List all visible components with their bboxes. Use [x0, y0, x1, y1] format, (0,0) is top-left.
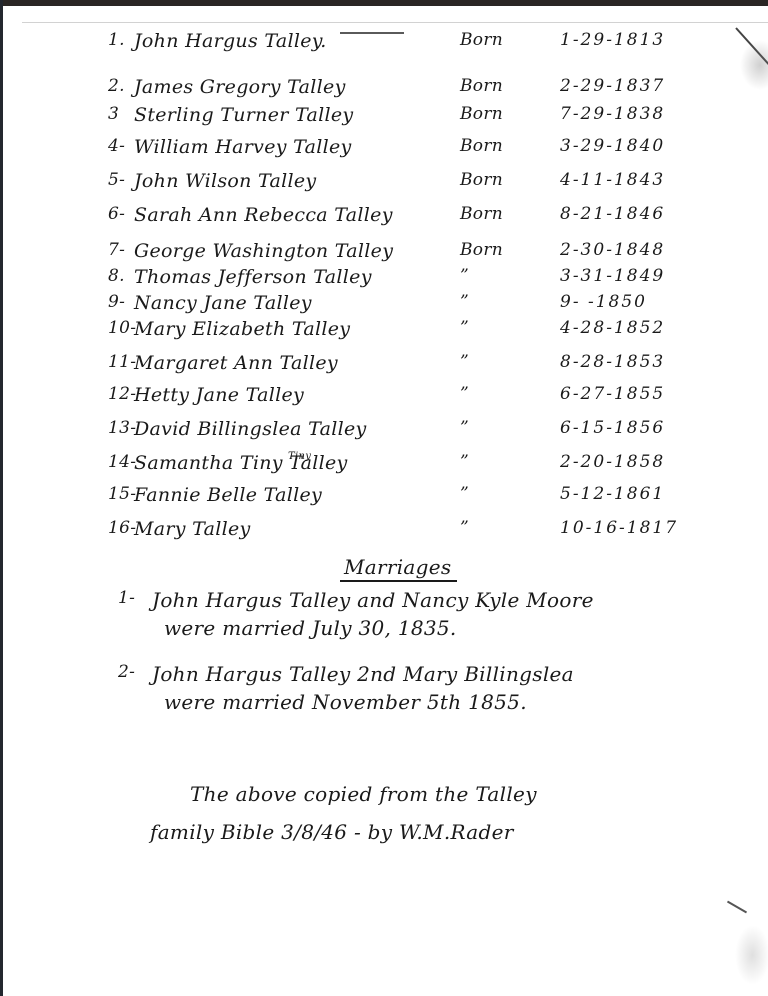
birth-entry: 16-Mary Talley”10-16-1817: [0, 518, 768, 548]
birth-date: 1-29-1813: [560, 30, 665, 50]
birth-date: 9- -1850: [560, 292, 647, 312]
birth-name: Sarah Ann Rebecca Talley: [134, 204, 393, 226]
birth-mark: ”: [460, 266, 469, 286]
marriage-line-2: were married July 30, 1835.: [164, 616, 457, 640]
birth-name: George Washington Talley: [134, 240, 393, 262]
annotation-tiny: Tiny: [288, 451, 311, 462]
birth-mark: ”: [460, 518, 469, 538]
birth-mark: ”: [460, 384, 469, 404]
birth-name: John Wilson Talley: [134, 170, 316, 192]
birth-entry: 10-Mary Elizabeth Talley”4-28-1852: [0, 318, 768, 348]
source-note-line-2: family Bible 3/8/46 - by W.M.Rader: [150, 820, 514, 844]
birth-num: 5-: [108, 170, 125, 190]
birth-date: 3-31-1849: [560, 266, 665, 286]
birth-num: 13-: [108, 418, 136, 438]
birth-date: 8-28-1853: [560, 352, 665, 372]
birth-num: 14-: [108, 452, 136, 472]
birth-date: 7-29-1838: [560, 104, 665, 124]
birth-entry: 12-Hetty Jane Talley”6-27-1855: [0, 384, 768, 414]
birth-date: 2-29-1837: [560, 76, 665, 96]
birth-entry: 14-Samantha Tiny Talley”2-20-1858: [0, 452, 768, 482]
marriage-number: 1-: [118, 588, 135, 608]
birth-mark: ”: [460, 292, 469, 312]
birth-mark: Born: [460, 204, 503, 224]
birth-name: James Gregory Talley: [134, 76, 346, 98]
birth-entry: 6-Sarah Ann Rebecca TalleyBorn8-21-1846: [0, 204, 768, 234]
birth-date: 6-27-1855: [560, 384, 665, 404]
birth-mark: Born: [460, 170, 503, 190]
birth-name: Nancy Jane Talley: [134, 292, 312, 314]
birth-name: Margaret Ann Talley: [134, 352, 338, 374]
birth-num: 1.: [108, 30, 125, 50]
birth-num: 9-: [108, 292, 125, 312]
birth-entry: 11-Margaret Ann Talley”8-28-1853: [0, 352, 768, 382]
birth-date: 4-11-1843: [560, 170, 665, 190]
birth-name: Thomas Jefferson Talley: [134, 266, 372, 288]
birth-num: 10-: [108, 318, 136, 338]
birth-mark: Born: [460, 76, 503, 96]
marriages-heading: Marriages: [340, 555, 457, 582]
birth-name: David Billingslea Talley: [134, 418, 367, 440]
bottom-smudge: [735, 925, 768, 985]
birth-date: 4-28-1852: [560, 318, 665, 338]
marriage-line-2: were married November 5th 1855.: [164, 690, 527, 714]
birth-num: 8.: [108, 266, 125, 286]
scan-border-top: [0, 0, 768, 6]
birth-date: 8-21-1846: [560, 204, 665, 224]
birth-mark: ”: [460, 352, 469, 372]
birth-entry: 1.John Hargus Talley.Born1-29-1813: [0, 30, 768, 60]
birth-mark: ”: [460, 318, 469, 338]
birth-mark: Born: [460, 104, 503, 124]
birth-entry: 4-William Harvey TalleyBorn3-29-1840: [0, 136, 768, 166]
bottom-pen-mark: [727, 901, 747, 914]
birth-num: 11-: [108, 352, 136, 372]
birth-mark: ”: [460, 484, 469, 504]
birth-name: Mary Elizabeth Talley: [134, 318, 350, 340]
birth-name: Hetty Jane Talley: [134, 384, 304, 406]
marriage-line-1: John Hargus Talley 2nd Mary Billingslea: [152, 662, 574, 686]
source-note-line-1: The above copied from the Talley: [190, 782, 537, 806]
birth-name: Fannie Belle Talley: [134, 484, 322, 506]
birth-entry: 13-David Billingslea Talley”6-15-1856: [0, 418, 768, 448]
birth-date: 6-15-1856: [560, 418, 665, 438]
birth-entry: 3Sterling Turner TalleyBorn7-29-1838: [0, 104, 768, 134]
birth-num: 6-: [108, 204, 125, 224]
birth-num: 12-: [108, 384, 136, 404]
scan-edge-line: [22, 22, 768, 23]
birth-mark: ”: [460, 452, 469, 472]
birth-name: Sterling Turner Talley: [134, 104, 353, 126]
birth-num: 15-: [108, 484, 136, 504]
birth-num: 16-: [108, 518, 136, 538]
birth-num: 4-: [108, 136, 125, 156]
birth-num: 3: [108, 104, 119, 124]
birth-mark: Born: [460, 30, 503, 50]
birth-mark: Born: [460, 136, 503, 156]
birth-name: William Harvey Talley: [134, 136, 352, 158]
birth-date: 2-20-1858: [560, 452, 665, 472]
birth-date: 2-30-1848: [560, 240, 665, 260]
birth-name: Samantha Tiny Talley: [134, 452, 348, 474]
marriage-number: 2-: [118, 662, 135, 682]
birth-date: 5-12-1861: [560, 484, 665, 504]
birth-mark: Born: [460, 240, 503, 260]
birth-date: 10-16-1817: [560, 518, 678, 538]
birth-date: 3-29-1840: [560, 136, 665, 156]
birth-entry: 5-John Wilson TalleyBorn4-11-1843: [0, 170, 768, 200]
birth-name: Mary Talley: [134, 518, 251, 540]
birth-entry: 15-Fannie Belle Talley”5-12-1861: [0, 484, 768, 514]
birth-entry: 2.James Gregory TalleyBorn2-29-1837: [0, 76, 768, 106]
birth-mark: ”: [460, 418, 469, 438]
birth-num: 7-: [108, 240, 125, 260]
marriage-line-1: John Hargus Talley and Nancy Kyle Moore: [152, 588, 594, 612]
birth-name: John Hargus Talley.: [134, 30, 327, 52]
birth-num: 2.: [108, 76, 125, 96]
